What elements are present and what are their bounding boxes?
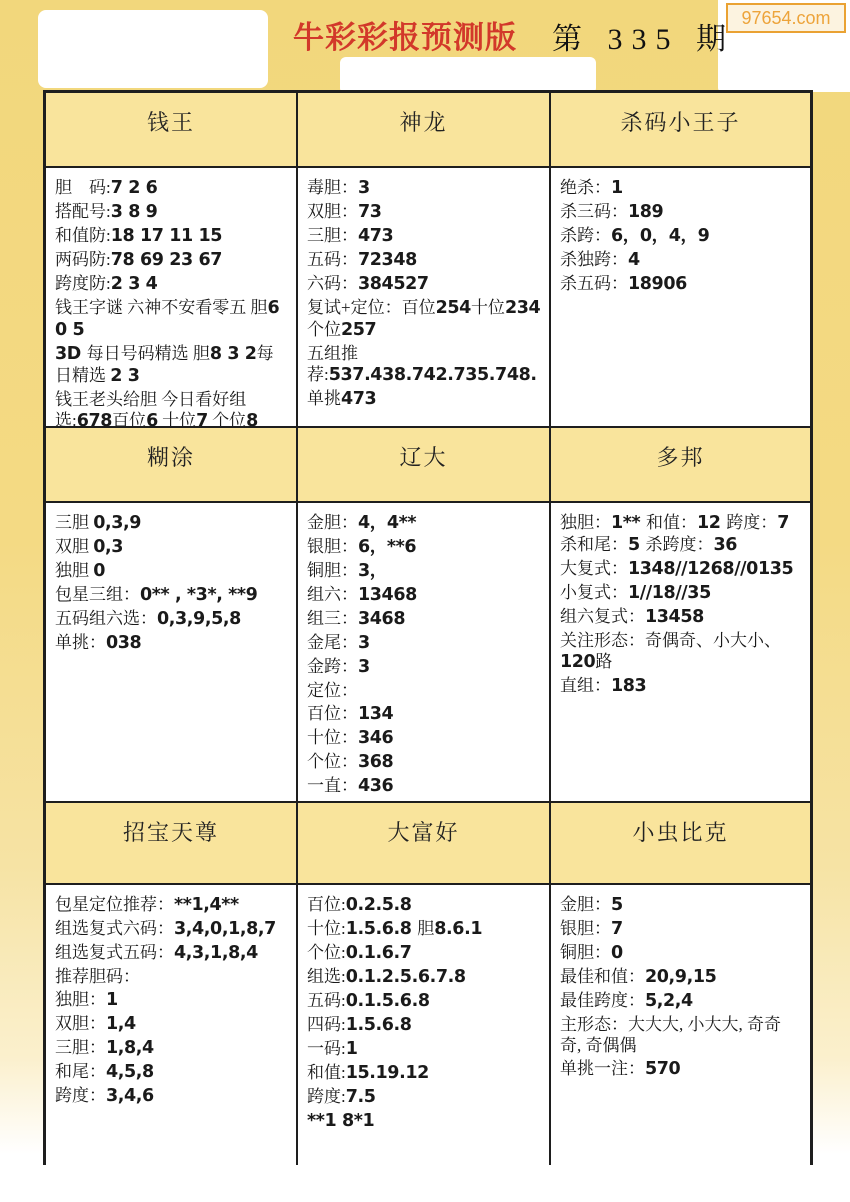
prediction-label: 组选复式五码： [55, 943, 174, 962]
prediction-line: 一直：436 [307, 775, 541, 797]
prediction-line: 跨度:7.5 [307, 1086, 541, 1108]
prediction-value: 73 [358, 202, 382, 222]
prediction-label: 跨度防: [55, 274, 111, 293]
panel-body-dafuhao: 百位:0.2.5.8十位:1.5.6.8 胆8.6.1个位:0.1.6.7组选:… [298, 885, 549, 1165]
prediction-value: 7 [611, 919, 623, 939]
prediction-label: 铜胆： [307, 561, 358, 580]
prediction-label: 个位: [307, 943, 346, 962]
prediction-label: 路 [595, 652, 612, 671]
prediction-label: 杀跨度： [645, 535, 713, 554]
prediction-label: 十位： [307, 728, 358, 747]
prediction-value: 183 [611, 676, 646, 696]
prediction-label: 四码: [307, 1015, 346, 1034]
prediction-label: 银胆： [560, 919, 611, 938]
prediction-value: 0.1.6.7 [346, 943, 412, 963]
prediction-value: 2 3 [110, 366, 139, 386]
prediction-value: 678 [77, 411, 112, 426]
prediction-value: 1 [611, 178, 623, 198]
prediction-line: 3D 每日号码精选 胆8 3 2每日精选 2 3 [55, 343, 288, 387]
prediction-line: 杀独跨：4 [560, 249, 802, 271]
prediction-value: 18 17 11 15 [111, 226, 222, 246]
prediction-value: 0,3 [93, 537, 123, 557]
prediction-label: 杀和尾： [560, 535, 628, 554]
prediction-label: 个位： [307, 752, 358, 771]
prediction-value: 0.1.5.6.8 [346, 991, 430, 1011]
prediction-label: 个位 [208, 411, 246, 426]
prediction-value: 1//18//35 [628, 583, 711, 603]
prediction-line: 金尾：3 [307, 632, 541, 654]
prediction-line: 主形态：大大大, 小大大, 奇奇奇, 奇偶偶 [560, 1014, 802, 1056]
prediction-line: 五码：72348 [307, 249, 541, 271]
prediction-line: 跨度防:2 3 4 [55, 273, 288, 295]
prediction-label: 独胆： [560, 513, 611, 532]
prediction-label: 跨度： [726, 513, 777, 532]
prediction-line: 包星三组：0** , *3*, **9 [55, 584, 288, 606]
prediction-value: 3 [358, 633, 370, 653]
prediction-label: 十位 [471, 298, 505, 317]
prediction-label: 主形态：大大大, 小大大, 奇奇奇, 奇偶偶 [560, 1015, 781, 1055]
prediction-line: 双胆 0,3 [55, 536, 288, 558]
prediction-value: 7 [196, 411, 208, 426]
panel-shenlong: 神龙毒胆：3双胆：73三胆：473五码：72348六码：384527复试+定位：… [296, 93, 549, 426]
prediction-value: 18906 [628, 274, 687, 294]
prediction-label: 组六： [307, 585, 358, 604]
prediction-line: 推荐胆码： [55, 966, 288, 987]
prediction-value: 436 [358, 776, 393, 796]
prediction-label: 小复式： [560, 583, 628, 602]
prediction-label: 复试+定位：百位 [307, 298, 436, 317]
panel-zhaobao-tianzun: 招宝天尊包星定位推荐：**1,4**组选复式六码：3,4,0,1,8,7组选复式… [46, 803, 296, 1165]
prediction-value: 0 [93, 561, 105, 581]
prediction-value: 1348//1268//0135 [628, 559, 793, 579]
prediction-line: 铜胆：3， [307, 560, 541, 582]
redacted-box-middle [340, 57, 596, 94]
prediction-value: 1** [611, 513, 646, 533]
prediction-label: 十位: [307, 919, 346, 938]
prediction-line: 单挑473 [307, 388, 541, 410]
prediction-value: 1.5.6.8 [346, 1015, 412, 1035]
prediction-line: 金胆：4，4** [307, 512, 541, 534]
prediction-line: 十位:1.5.6.8 胆8.6.1 [307, 918, 541, 940]
panel-shama-xiaowangzi: 杀码小王子绝杀：1杀三码：189杀跨：6，0，4，9杀独跨：4杀五码：18906 [549, 93, 810, 426]
prediction-line: 包星定位推荐：**1,4** [55, 894, 288, 916]
prediction-line: 杀跨：6，0，4，9 [560, 225, 802, 247]
prediction-line: 关注形态：奇偶奇、小大小、120路 [560, 630, 802, 673]
prediction-line: 双胆：73 [307, 201, 541, 223]
prediction-label: 百位 [112, 411, 146, 426]
prediction-value: 3， [358, 561, 387, 581]
prediction-value: 8 3 2 [210, 344, 257, 364]
prediction-value: 0,3,9,5,8 [157, 609, 241, 629]
prediction-line: 杀三码：189 [560, 201, 802, 223]
panel-qianwang: 钱王胆 码:7 2 6搭配号:3 8 9和值防:18 17 11 15两码防:7… [46, 93, 296, 426]
prediction-line: 独胆：1** 和值：12 跨度：7 杀和尾：5 杀跨度：36 [560, 512, 802, 556]
prediction-value: 6，**6 [358, 537, 416, 557]
prediction-value: 8.6.1 [434, 919, 482, 939]
prediction-value: 6 [146, 411, 158, 426]
prediction-line: 直组：183 [560, 675, 802, 697]
prediction-value: 134 [358, 704, 393, 724]
prediction-label: 杀跨： [560, 226, 611, 245]
prediction-value: **1,4** [174, 895, 239, 915]
panel-body-hutu: 三胆 0,3,9双胆 0,3独胆 0包星三组：0** , *3*, **9五码组… [46, 503, 296, 801]
prediction-value: 038 [106, 633, 141, 653]
grid-row-1: 钱王胆 码:7 2 6搭配号:3 8 9和值防:18 17 11 15两码防:7… [46, 93, 810, 426]
page-title: 牛彩彩报预测版 [293, 12, 517, 57]
panel-title-liaoda: 辽大 [298, 428, 549, 503]
prediction-line: 最佳和值：20,9,15 [560, 966, 802, 988]
prediction-value: 3468 [358, 609, 405, 629]
prediction-line: 定位： [307, 680, 541, 701]
prediction-label: 五码: [307, 991, 346, 1010]
prediction-line: 组三：3468 [307, 608, 541, 630]
prediction-value: 3,4,6 [106, 1086, 154, 1106]
panel-liaoda: 辽大金胆：4，4**银胆：6，**6铜胆：3，组六：13468组三：3468金尾… [296, 428, 549, 801]
panel-duobang: 多邦独胆：1** 和值：12 跨度：7 杀和尾：5 杀跨度：36大复式：1348… [549, 428, 810, 801]
prediction-line: 小复式：1//18//35 [560, 582, 802, 604]
prediction-label: 六码： [307, 274, 358, 293]
prediction-line: 两码防:78 69 23 67 [55, 249, 288, 271]
prediction-label: 双胆： [307, 202, 358, 221]
prediction-label: 最佳和值： [560, 967, 645, 986]
prediction-value: 2 3 4 [111, 274, 158, 294]
prediction-line: 组六：13468 [307, 584, 541, 606]
prediction-line: 胆 码:7 2 6 [55, 177, 288, 199]
issue-number: 第 335 期 [552, 14, 735, 58]
prediction-label: 胆 [417, 919, 434, 938]
prediction-value: 1 [106, 990, 118, 1010]
prediction-line: 绝杀：1 [560, 177, 802, 199]
prediction-line: 百位:0.2.5.8 [307, 894, 541, 916]
prediction-line: 大复式：1348//1268//0135 [560, 558, 802, 580]
prediction-value: 368 [358, 752, 393, 772]
prediction-label: 杀五码： [560, 274, 628, 293]
prediction-line: 毒胆：3 [307, 177, 541, 199]
panel-body-xiaochong-bike: 金胆：5银胆：7铜胆：0最佳和值：20,9,15最佳跨度：5,2,4主形态：大大… [551, 885, 810, 1165]
prediction-line: 组六复式：13458 [560, 606, 802, 628]
prediction-line: 跨度：3,4,6 [55, 1085, 288, 1107]
prediction-line: 银胆：6，**6 [307, 536, 541, 558]
prediction-label: 和值防: [55, 226, 111, 245]
prediction-value: 7 2 6 [111, 178, 158, 198]
newspaper-page: 97654.com 牛彩彩报预测版 第 335 期 钱王胆 码:7 2 6搭配号… [0, 0, 850, 1202]
panel-xiaochong-bike: 小虫比克金胆：5银胆：7铜胆：0最佳和值：20,9,15最佳跨度：5,2,4主形… [549, 803, 810, 1165]
prediction-value: 4 [628, 250, 640, 270]
prediction-line: 双胆：1,4 [55, 1013, 288, 1035]
prediction-label: 独胆： [55, 990, 106, 1009]
prediction-line: 个位:0.1.6.7 [307, 942, 541, 964]
prediction-value: 257 [341, 320, 376, 340]
prediction-label: 和尾： [55, 1062, 106, 1081]
prediction-line: 五组推荐:537.438.742.735.748. [307, 343, 541, 386]
prediction-label: 金跨： [307, 657, 358, 676]
prediction-line: 一码:1 [307, 1038, 541, 1060]
prediction-label: 每日号码精选 胆 [87, 344, 210, 363]
prediction-label: 杀独跨： [560, 250, 628, 269]
prediction-label: 百位: [307, 895, 346, 914]
prediction-value: 3D [55, 344, 87, 364]
prediction-value: 5 [611, 895, 623, 915]
prediction-line: **1 8*1 [307, 1110, 541, 1132]
prediction-label: 组六复式： [560, 607, 645, 626]
prediction-label: 个位 [307, 320, 341, 339]
prediction-line: 三胆：473 [307, 225, 541, 247]
prediction-line: 金胆：5 [560, 894, 802, 916]
prediction-value: 3,4,0,1,8,7 [174, 919, 276, 939]
prediction-label: 定位： [307, 681, 358, 700]
prediction-label: 两码防: [55, 250, 111, 269]
prediction-label: 组选复式六码： [55, 919, 174, 938]
prediction-value: 8 [246, 411, 258, 426]
prediction-line: 钱王字谜 六神不安看零五 胆6 0 5 [55, 297, 288, 341]
prediction-value: 3 [358, 178, 370, 198]
prediction-label: 钱王字谜 六神不安看零五 胆 [55, 298, 268, 317]
prediction-value: 36 [713, 535, 737, 555]
prediction-label: 绝杀： [560, 178, 611, 197]
panel-title-dafuhao: 大富好 [298, 803, 549, 885]
prediction-line: 复试+定位：百位254十位234个位257 [307, 297, 541, 341]
prediction-line: 独胆：1 [55, 989, 288, 1011]
prediction-line: 最佳跨度：5,2,4 [560, 990, 802, 1012]
grid-row-3: 招宝天尊包星定位推荐：**1,4**组选复式六码：3,4,0,1,8,7组选复式… [46, 801, 810, 1165]
prediction-value: 3 8 9 [111, 202, 158, 222]
prediction-value: 13458 [645, 607, 704, 627]
prediction-label: 金胆： [307, 513, 358, 532]
prediction-label: 单挑 [307, 389, 341, 408]
prediction-label: 五码组六选： [55, 609, 157, 628]
prediction-label: 五码： [307, 250, 358, 269]
prediction-label: 金尾： [307, 633, 358, 652]
prediction-value: 4,3,1,8,4 [174, 943, 258, 963]
prediction-label: 杀三码： [560, 202, 628, 221]
grid-row-2: 糊涂三胆 0,3,9双胆 0,3独胆 0包星三组：0** , *3*, **9五… [46, 426, 810, 801]
prediction-line: 银胆：7 [560, 918, 802, 940]
prediction-value: 1.5.6.8 [346, 919, 418, 939]
panel-body-qianwang: 胆 码:7 2 6搭配号:3 8 9和值防:18 17 11 15两码防:78 … [46, 168, 296, 426]
panel-dafuhao: 大富好百位:0.2.5.8十位:1.5.6.8 胆8.6.1个位:0.1.6.7… [296, 803, 549, 1165]
panel-title-hutu: 糊涂 [46, 428, 296, 503]
prediction-value: 6，0，4，9 [611, 226, 709, 246]
prediction-line: 组选复式五码：4,3,1,8,4 [55, 942, 288, 964]
panel-body-liaoda: 金胆：4，4**银胆：6，**6铜胆：3，组六：13468组三：3468金尾：3… [298, 503, 549, 801]
prediction-line: 三胆：1,8,4 [55, 1037, 288, 1059]
prediction-line: 杀五码：18906 [560, 273, 802, 295]
prediction-line: 百位：134 [307, 703, 541, 725]
prediction-value: 189 [628, 202, 663, 222]
prediction-value: 4,5,8 [106, 1062, 154, 1082]
panel-title-zhaobao-tianzun: 招宝天尊 [46, 803, 296, 885]
prediction-label: 直组： [560, 676, 611, 695]
prediction-value: 72348 [358, 250, 417, 270]
prediction-value: 120 [560, 652, 595, 672]
panel-body-duobang: 独胆：1** 和值：12 跨度：7 杀和尾：5 杀跨度：36大复式：1348//… [551, 503, 810, 801]
prediction-label: 一直： [307, 776, 358, 795]
prediction-value: 15.19.12 [346, 1063, 429, 1083]
prediction-value: 7.5 [346, 1087, 376, 1107]
prediction-label: 三胆： [55, 1038, 106, 1057]
prediction-value: 384527 [358, 274, 429, 294]
watermark-text: 97654.com [741, 8, 830, 29]
prediction-value: 20,9,15 [645, 967, 716, 987]
prediction-label: 大复式： [560, 559, 628, 578]
prediction-line: 六码：384527 [307, 273, 541, 295]
prediction-line: 单挑一注：570 [560, 1058, 802, 1080]
prediction-label: 独胆 [55, 561, 93, 580]
prediction-label: 百位： [307, 704, 358, 723]
prediction-value: 5 [628, 535, 645, 555]
prediction-label: 双胆 [55, 537, 93, 556]
prediction-line: 组选复式六码：3,4,0,1,8,7 [55, 918, 288, 940]
prediction-value: **1 8*1 [307, 1111, 374, 1131]
watermark-badge: 97654.com [726, 3, 846, 33]
prediction-label: 三胆 [55, 513, 93, 532]
prediction-label: 和值： [646, 513, 697, 532]
prediction-label: 银胆： [307, 537, 358, 556]
prediction-value: 1,4 [106, 1014, 136, 1034]
panel-title-shenlong: 神龙 [298, 93, 549, 168]
prediction-line: 三胆 0,3,9 [55, 512, 288, 534]
prediction-line: 个位：368 [307, 751, 541, 773]
prediction-value: 0.1.2.5.6.7.8 [346, 967, 466, 987]
prediction-value: 254 [436, 298, 471, 318]
prediction-value: 0 [611, 943, 623, 963]
prediction-value: 234 [505, 298, 540, 318]
prediction-label: 双胆： [55, 1014, 106, 1033]
prediction-label: 跨度: [307, 1087, 346, 1106]
prediction-line: 和值防:18 17 11 15 [55, 225, 288, 247]
panel-title-xiaochong-bike: 小虫比克 [551, 803, 810, 885]
prediction-value: 473 [341, 389, 376, 409]
prediction-label: 包星三组： [55, 585, 140, 604]
prediction-label: 组三： [307, 609, 358, 628]
prediction-line: 单挑：038 [55, 632, 288, 654]
prediction-label: 一码: [307, 1039, 346, 1058]
prediction-value: 78 69 23 67 [111, 250, 222, 270]
prediction-label: 包星定位推荐： [55, 895, 174, 914]
prediction-label: 单挑： [55, 633, 106, 652]
prediction-label: 十位 [158, 411, 196, 426]
prediction-label: 关注形态：奇偶奇、小大小、 [560, 631, 781, 650]
prediction-grid: 钱王胆 码:7 2 6搭配号:3 8 9和值防:18 17 11 15两码防:7… [43, 90, 813, 1165]
panel-hutu: 糊涂三胆 0,3,9双胆 0,3独胆 0包星三组：0** , *3*, **9五… [46, 428, 296, 801]
prediction-label: 推荐胆码： [55, 967, 140, 986]
prediction-label: 胆 码: [55, 178, 111, 197]
prediction-line: 和值:15.19.12 [307, 1062, 541, 1084]
panel-title-duobang: 多邦 [551, 428, 810, 503]
prediction-line: 五码:0.1.5.6.8 [307, 990, 541, 1012]
prediction-label: 最佳跨度： [560, 991, 645, 1010]
prediction-value: 12 [697, 513, 726, 533]
prediction-value: 537.438.742.735.748. [329, 365, 537, 385]
prediction-line: 和尾：4,5,8 [55, 1061, 288, 1083]
prediction-label: 三胆： [307, 226, 358, 245]
prediction-value: 0,3,9 [93, 513, 141, 533]
prediction-label: 铜胆： [560, 943, 611, 962]
prediction-value: 346 [358, 728, 393, 748]
panel-body-zhaobao-tianzun: 包星定位推荐：**1,4**组选复式六码：3,4,0,1,8,7组选复式五码：4… [46, 885, 296, 1165]
prediction-value: 0** , *3*, **9 [140, 585, 257, 605]
prediction-line: 独胆 0 [55, 560, 288, 582]
prediction-line: 组选:0.1.2.5.6.7.8 [307, 966, 541, 988]
prediction-line: 搭配号:3 8 9 [55, 201, 288, 223]
panel-body-shama-xiaowangzi: 绝杀：1杀三码：189杀跨：6，0，4，9杀独跨：4杀五码：18906 [551, 168, 810, 426]
prediction-value: 570 [645, 1059, 680, 1079]
prediction-line: 四码:1.5.6.8 [307, 1014, 541, 1036]
prediction-value: 13468 [358, 585, 417, 605]
prediction-value: 5,2,4 [645, 991, 693, 1011]
panel-body-shenlong: 毒胆：3双胆：73三胆：473五码：72348六码：384527复试+定位：百位… [298, 168, 549, 426]
prediction-value: 473 [358, 226, 393, 246]
prediction-label: 和值: [307, 1063, 346, 1082]
prediction-label: 搭配号: [55, 202, 111, 221]
prediction-label: 金胆： [560, 895, 611, 914]
prediction-value: 3 [358, 657, 370, 677]
prediction-value: 1,8,4 [106, 1038, 154, 1058]
prediction-label: 毒胆： [307, 178, 358, 197]
prediction-line: 钱王老头给胆 今日看好组选:678百位6 十位7 个位8 [55, 389, 288, 426]
prediction-label: 跨度： [55, 1086, 106, 1105]
prediction-line: 铜胆：0 [560, 942, 802, 964]
prediction-line: 五码组六选：0,3,9,5,8 [55, 608, 288, 630]
panel-title-shama-xiaowangzi: 杀码小王子 [551, 93, 810, 168]
prediction-label: 单挑一注： [560, 1059, 645, 1078]
panel-title-qianwang: 钱王 [46, 93, 296, 168]
prediction-line: 金跨：3 [307, 656, 541, 678]
prediction-value: 4，4** [358, 513, 416, 533]
prediction-line: 十位：346 [307, 727, 541, 749]
prediction-label: 组选: [307, 967, 346, 986]
prediction-value: 0.2.5.8 [346, 895, 412, 915]
redacted-box-left [38, 10, 268, 88]
prediction-value: 1 [346, 1039, 358, 1059]
prediction-value: 7 [777, 513, 789, 533]
